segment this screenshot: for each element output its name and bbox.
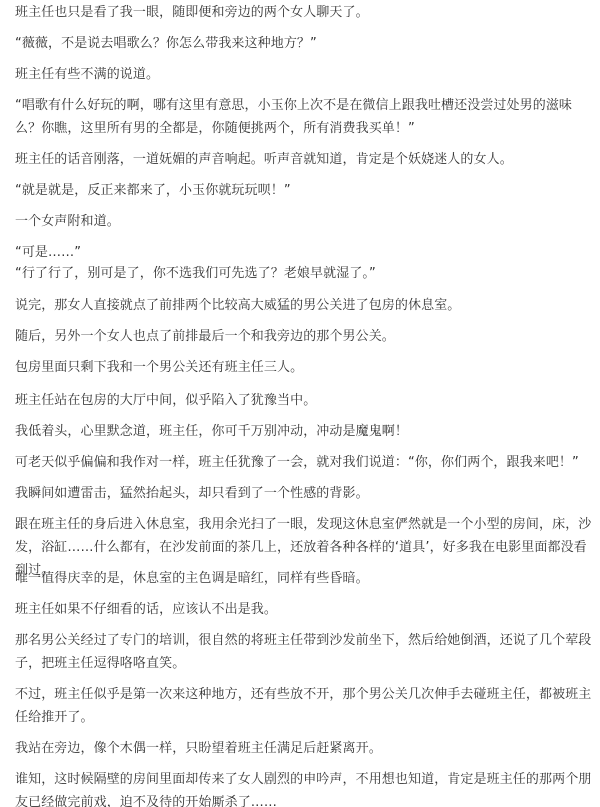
paragraph-3: 班主任有些不满的说道。 (15, 63, 593, 86)
paragraph-10: 说完，那女人直接就点了前排两个比较高大威猛的男公关进了包房的休息室。 (15, 294, 593, 317)
paragraph-9: “行了行了，别可是了，你不选我们可先选了？老娘早就湿了。” (15, 262, 593, 285)
paragraph-11: 随后，另外一个女人也点了前排最后一个和我旁边的那个男公关。 (15, 325, 593, 348)
paragraph-14: 我低着头，心里默念道，班主任，你可千万别冲动，冲动是魔鬼啊！ (15, 420, 593, 443)
paragraph-4: “唱歌有什么好玩的啊，哪有这里有意思，小玉你上次不是在微信上跟我吐槽还没尝过处男… (15, 94, 593, 140)
paragraph-12: 包房里面只剩下我和一个男公关还有班主任三人。 (15, 356, 593, 379)
paragraph-20: 那名男公关经过了专门的培训，很自然的将班主任带到沙发前坐下，然后给她倒酒，还说了… (15, 629, 593, 675)
paragraph-16: 我瞬间如遭雷击，猛然抬起头，却只看到了一个性感的背影。 (15, 482, 593, 505)
paragraph-19: 班主任如果不仔细看的话，应该认不出是我。 (15, 598, 593, 621)
paragraph-6: “就是就是，反正来都来了，小玉你就玩玩呗！” (15, 179, 593, 202)
paragraph-13: 班主任站在包房的大厅中间，似乎陷入了犹豫当中。 (15, 389, 593, 412)
paragraph-21: 不过，班主任似乎是第一次来这种地方，还有些放不开，那个男公关几次伸手去碰班主任，… (15, 683, 593, 729)
paragraph-22: 我站在旁边，像个木偶一样，只盼望着班主任满足后赶紧离开。 (15, 737, 593, 760)
paragraph-18: 唯一值得庆幸的是，休息室的主色调是暗红，同样有些昏暗。 (15, 567, 593, 590)
paragraph-2: “薇薇，不是说去唱歌么？你怎么带我来这种地方？” (15, 32, 593, 55)
paragraph-8: “可是……” (15, 241, 593, 264)
paragraph-1: 班主任也只是看了我一眼，随即便和旁边的两个女人聊天了。 (15, 1, 593, 24)
paragraph-7: 一个女声附和道。 (15, 210, 593, 233)
article-body: 班主任也只是看了我一眼，随即便和旁边的两个女人聊天了。 “薇薇，不是说去唱歌么？… (0, 0, 600, 807)
paragraph-23: 谁知，这时候隔壁的房间里面却传来了女人剧烈的申吟声，不用想也知道，肯定是班主任的… (15, 768, 593, 807)
paragraph-15: 可老天似乎偏偏和我作对一样，班主任犹豫了一会，就对我们说道：“你，你们两个，跟我… (15, 451, 593, 474)
paragraph-5: 班主任的话音刚落，一道妩媚的声音响起。听声音就知道，肯定是个妖娆迷人的女人。 (15, 148, 593, 171)
